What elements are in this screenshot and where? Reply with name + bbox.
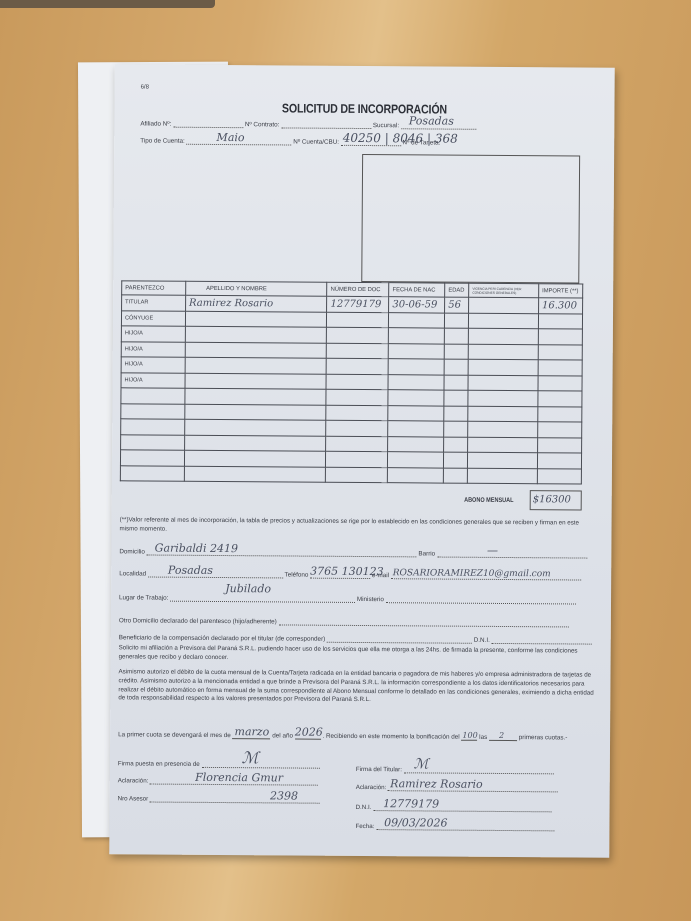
aclaracion-asesor-row: Aclaración: Florencia Gmur	[118, 777, 318, 785]
aclaracion-titular-field[interactable]: Ramirez Rosario	[388, 784, 558, 792]
table-cell[interactable]	[445, 313, 469, 329]
primer-cuota-row: La primer cuota se devengará el mes de m…	[118, 731, 567, 741]
table-cell[interactable]	[538, 422, 582, 438]
table-cell[interactable]	[444, 375, 468, 391]
aclaracion-titular-row: Aclaración: Ramirez Rosario	[356, 784, 558, 792]
header-row-1: Afiliado Nº: Nº Contrato: Sucursal: Posa…	[140, 120, 476, 129]
parentesco-cell	[121, 403, 185, 419]
table-cell[interactable]	[444, 344, 468, 360]
ministerio-field[interactable]	[386, 596, 576, 604]
table-cell[interactable]	[444, 437, 468, 453]
table-cell[interactable]	[469, 297, 539, 313]
table-cell[interactable]	[326, 451, 388, 467]
page-number: 6/8	[141, 84, 149, 90]
aclaracion-asesor-field[interactable]: Florencia Gmur	[150, 778, 318, 786]
table-cell[interactable]	[468, 452, 538, 468]
lugar-trabajo-label: Lugar de Trabajo:	[119, 594, 168, 601]
bonificacion-field[interactable]: 100	[461, 734, 477, 741]
abono-mensual-label: ABONO MENSUAL	[464, 497, 513, 504]
domicilio-label: Domicilio	[119, 548, 145, 555]
tipo-cuenta-field[interactable]: Maio	[187, 138, 292, 146]
dni-titular-label: D.N.I.	[356, 804, 372, 811]
las-label: las	[479, 734, 487, 741]
firma-titular-field[interactable]: ℳ	[404, 766, 554, 774]
table-cell[interactable]: 56	[445, 297, 469, 313]
nro-asesor-row: Nro Asesor 2398	[118, 795, 320, 803]
table-cell[interactable]	[468, 468, 538, 484]
mes-field[interactable]: marzo	[233, 732, 271, 739]
table-cell[interactable]	[388, 405, 444, 421]
table-cell[interactable]	[185, 326, 327, 342]
table-cell[interactable]	[538, 406, 582, 422]
table-cell[interactable]	[444, 421, 468, 437]
col-header: PARENTEZCO	[122, 281, 186, 295]
table-cell[interactable]	[537, 437, 581, 453]
col-header: NÚMERO DE DOC	[327, 282, 389, 296]
table-cell[interactable]	[444, 406, 468, 422]
fecha-label: Fecha:	[355, 823, 374, 830]
barrio-label: Barrio	[418, 550, 435, 557]
table-cell[interactable]	[538, 360, 582, 376]
dni-titular-field[interactable]: 12779179	[373, 804, 551, 812]
bonificacion-text: . Recibiendo en este momento la bonifica…	[322, 733, 459, 741]
aclaracion-asesor-label: Aclaración:	[118, 777, 149, 784]
table-cell[interactable]	[388, 374, 444, 390]
localidad-label: Localidad	[119, 570, 146, 577]
ministerio-label: Ministerio	[357, 596, 384, 603]
table-cell[interactable]	[468, 359, 538, 375]
nro-asesor-label: Nro Asesor	[118, 795, 149, 802]
cuenta-cbu-label: Nº Cuenta/CBU:	[293, 139, 339, 146]
table-cell[interactable]	[388, 452, 444, 468]
beneficiario-dni-label: D.N.I.	[474, 637, 490, 644]
firma-titular-label: Firma del Titular:	[356, 766, 402, 773]
table-cell[interactable]	[326, 436, 388, 452]
fecha-row: Fecha: 09/03/2026	[355, 823, 554, 831]
table-cell[interactable]	[185, 357, 327, 373]
table-cell[interactable]	[468, 390, 538, 406]
table-cell[interactable]	[326, 374, 388, 390]
table-cell[interactable]	[444, 359, 468, 375]
beneficiario-dni-field[interactable]	[492, 637, 592, 645]
parentesco-cell: TITULAR	[122, 295, 186, 311]
table-cell[interactable]	[444, 468, 468, 484]
price-note: (**)Valor referente al mes de incorporac…	[119, 516, 597, 537]
anio-field[interactable]: 2026	[295, 733, 321, 740]
table-cell[interactable]	[327, 327, 389, 343]
table-cell[interactable]	[468, 437, 538, 453]
table-cell[interactable]	[444, 390, 468, 406]
parentesco-cell: HIJO/A	[121, 372, 185, 388]
table-cell[interactable]	[538, 391, 582, 407]
parentesco-cell	[120, 465, 184, 481]
table-cell[interactable]	[468, 344, 538, 360]
col-header: VIGENCIA PERI CARENCIA (VER CONDICIONES …	[469, 283, 539, 297]
table-cell[interactable]: 16.300	[538, 298, 582, 314]
cuotas-field[interactable]: 2	[489, 734, 517, 741]
primer-cuota-prefix: La primer cuota se devengará el mes de	[118, 731, 231, 739]
table-cell[interactable]	[185, 342, 327, 358]
table-cell[interactable]	[538, 329, 582, 345]
table-cell[interactable]	[185, 373, 327, 389]
table-cell[interactable]	[538, 375, 582, 391]
header-row-2: Tipo de Cuenta: Maio Nº Cuenta/CBU: 4025…	[140, 137, 440, 146]
otro-domicilio-field[interactable]	[278, 618, 568, 627]
abono-mensual-value[interactable]: $16300	[530, 490, 582, 510]
table-cell[interactable]	[388, 436, 444, 452]
localidad-row: Localidad Posadas Teléfono 3765 130123 e…	[119, 570, 581, 580]
parentesco-cell	[121, 419, 185, 435]
table-cell[interactable]: 12779179	[327, 296, 389, 312]
firma-presencia-row: Firma puesta en presencia de ℳ	[118, 760, 320, 768]
otro-domicilio-label: Otro Domicilio declarado del parentesco …	[119, 617, 277, 625]
lugar-trabajo-field[interactable]: Jubilado	[170, 595, 355, 603]
parentesco-cell: HIJO/A	[121, 326, 185, 342]
table-cell[interactable]	[184, 466, 326, 482]
contrato-field[interactable]	[281, 121, 371, 129]
afiliado-field[interactable]	[173, 121, 243, 128]
parentesco-cell: HIJO/A	[121, 341, 185, 357]
tipo-cuenta-label: Tipo de Cuenta:	[140, 137, 185, 144]
table-cell[interactable]	[469, 313, 539, 329]
table-cell[interactable]	[468, 375, 538, 391]
table-cell[interactable]	[185, 311, 327, 327]
email-field[interactable]: ROSARIORAMIREZ10@gmail.com	[391, 572, 581, 580]
firma-titular-row: Firma del Titular: ℳ	[356, 766, 554, 774]
fecha-field[interactable]: 09/03/2026	[376, 823, 554, 831]
domicilio-row: Domicilio Garibaldi 2419 Barrio —	[119, 548, 587, 558]
desk-object	[0, 0, 215, 8]
anio-label: del año	[272, 732, 293, 739]
firma-presencia-field[interactable]: ℳ	[201, 761, 319, 769]
table-cell[interactable]	[184, 450, 326, 466]
sucursal-label: Sucursal:	[373, 122, 399, 129]
table-cell[interactable]	[326, 389, 388, 405]
nro-asesor-field[interactable]: 2398	[150, 796, 320, 804]
table-cell[interactable]	[538, 344, 582, 360]
members-table: PARENTEZCO APELLIDO Y NOMBRE NÚMERO DE D…	[120, 280, 583, 484]
table-cell[interactable]	[389, 312, 445, 328]
afiliado-label: Afiliado Nº:	[140, 120, 171, 127]
table-cell[interactable]	[388, 421, 444, 437]
table-cell[interactable]: 30-06-59	[389, 297, 445, 313]
table-cell[interactable]	[388, 359, 444, 375]
parentesco-cell	[120, 450, 184, 466]
table-cell[interactable]	[388, 390, 444, 406]
beneficiario-field[interactable]	[327, 636, 472, 644]
table-cell[interactable]	[445, 328, 469, 344]
table-cell[interactable]	[388, 467, 444, 483]
otro-domicilio-row: Otro Domicilio declarado del parentesco …	[119, 617, 569, 627]
table-cell[interactable]	[326, 358, 388, 374]
table-cell[interactable]	[538, 313, 582, 329]
table-cell[interactable]	[326, 420, 388, 436]
col-header: APELLIDO Y NOMBRE	[186, 281, 328, 296]
parentesco-cell	[121, 434, 185, 450]
table-cell[interactable]	[185, 388, 327, 404]
contrato-label: Nº Contrato:	[245, 121, 280, 128]
table-cell[interactable]	[468, 421, 538, 437]
dni-titular-row: D.N.I. 12779179	[356, 804, 552, 812]
beneficiario-label: Beneficiario de la compensación declarad…	[119, 634, 326, 642]
table-row	[120, 465, 581, 484]
table-cell[interactable]: Ramirez Rosario	[185, 295, 327, 311]
table-cell[interactable]	[327, 312, 389, 328]
parentesco-cell: HIJO/A	[121, 357, 185, 373]
table-cell[interactable]	[389, 343, 445, 359]
table-cell[interactable]	[326, 467, 388, 483]
table-cell[interactable]	[326, 405, 388, 421]
sucursal-field[interactable]: Posadas	[401, 122, 476, 130]
table-cell[interactable]	[185, 404, 327, 420]
parentesco-cell: CÓNYUGE	[121, 310, 185, 326]
table-cell[interactable]	[389, 328, 445, 344]
solicito-paragraph: Solicito mi afiliación a Previsora del P…	[119, 644, 597, 665]
form-title: SOLICITUD DE INCORPORACIÓN	[152, 101, 577, 118]
table-cell[interactable]	[537, 453, 581, 469]
barrio-field[interactable]: —	[437, 551, 587, 559]
col-header: EDAD	[445, 283, 469, 297]
table-cell[interactable]	[444, 452, 468, 468]
localidad-field[interactable]: Posadas	[148, 571, 283, 579]
telefono-label: Teléfono	[285, 571, 309, 578]
table-cell[interactable]	[468, 328, 538, 344]
firma-presencia-label: Firma puesta en presencia de	[118, 760, 200, 768]
table-cell[interactable]	[468, 406, 538, 422]
col-header: FECHA DE NAC	[389, 283, 445, 297]
table-cell[interactable]	[185, 419, 327, 435]
parentesco-cell	[121, 388, 185, 404]
lugar-trabajo-row: Lugar de Trabajo: Jubilado Ministerio	[119, 594, 576, 604]
telefono-field[interactable]: 3765 130123	[310, 572, 370, 579]
cuenta-cbu-field[interactable]: 40250 | 8046 | 368	[341, 139, 401, 146]
table-cell[interactable]	[537, 468, 581, 484]
aclaracion-titular-label: Aclaración:	[356, 784, 387, 791]
beneficiario-row: Beneficiario de la compensación declarad…	[119, 634, 592, 644]
primer-cuota-suffix: primeras cuotas.-	[519, 734, 568, 741]
table-cell[interactable]	[327, 343, 389, 359]
table-cell[interactable]	[184, 435, 326, 451]
col-header: IMPORTE (**)	[539, 284, 583, 298]
form-sheet: 6/8 SOLICITUD DE INCORPORACIÓN Afiliado …	[109, 64, 615, 857]
autorizacion-paragraph: Asimismo autorizo el débito de la cuota …	[118, 668, 596, 707]
photo-box	[361, 154, 580, 284]
domicilio-field[interactable]: Garibaldi 2419	[147, 548, 417, 557]
